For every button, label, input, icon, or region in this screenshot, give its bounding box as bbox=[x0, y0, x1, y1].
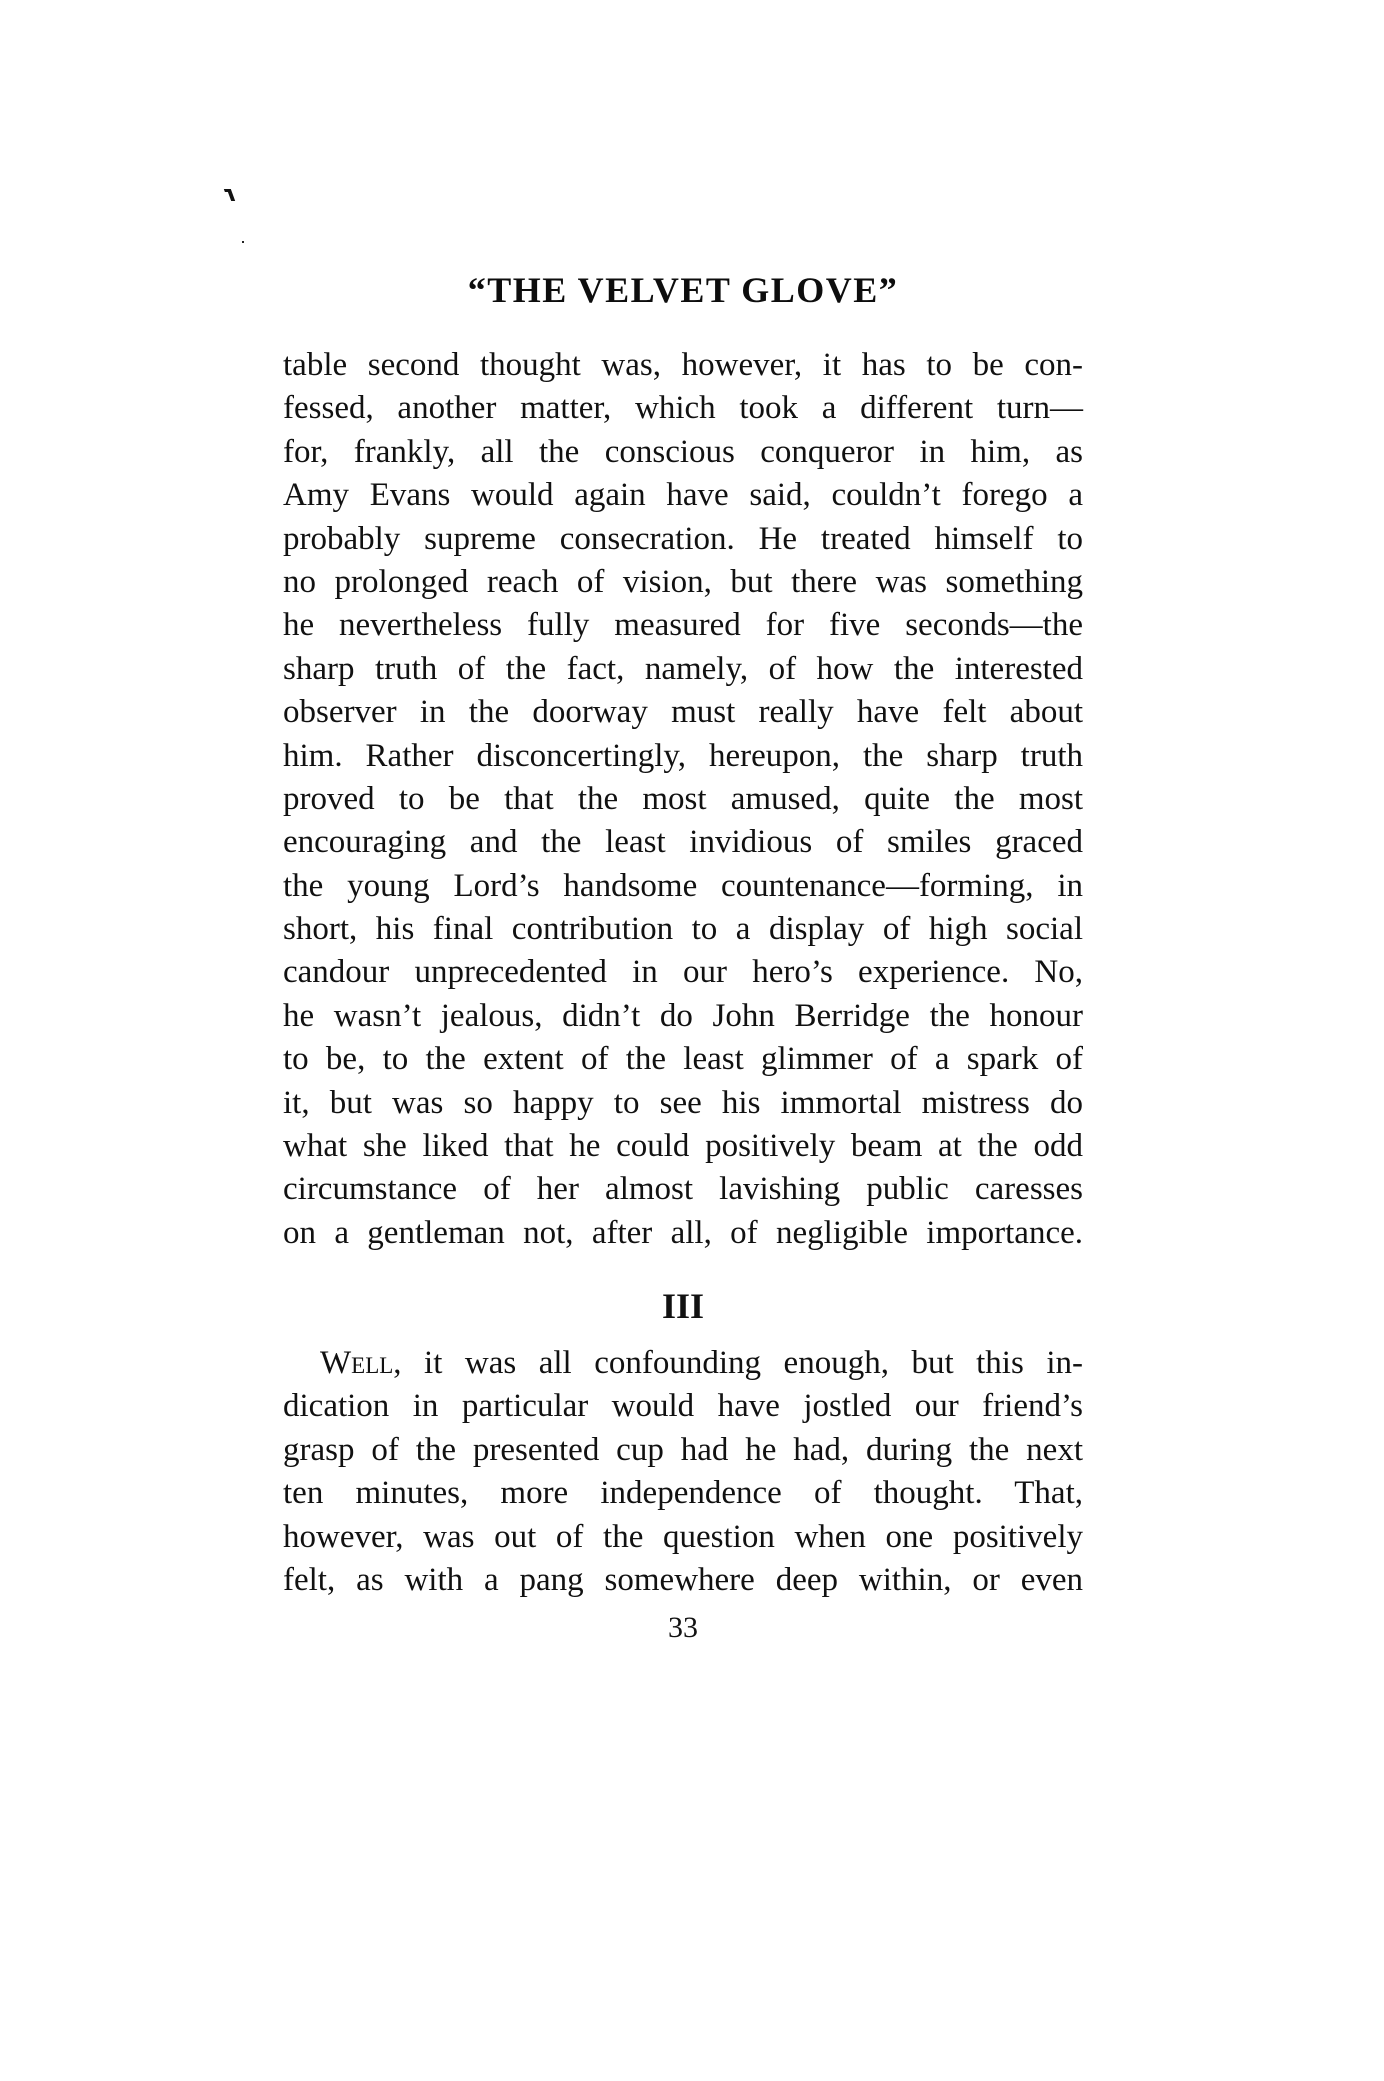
text-line: probably supreme consecration. He treate… bbox=[283, 518, 1083, 561]
first-line-text: , it was all confounding enough, but thi… bbox=[393, 1345, 1083, 1381]
text-line: observer in the doorway must really have… bbox=[283, 691, 1083, 734]
text-line: ten minutes, more independence of though… bbox=[283, 1472, 1083, 1515]
text-line: he nevertheless fully measured for five … bbox=[283, 604, 1083, 647]
section-number-heading: III bbox=[283, 1286, 1083, 1326]
page-number: 33 bbox=[283, 1610, 1083, 1646]
text-line: felt, as with a pang somewhere deep with… bbox=[283, 1559, 1083, 1602]
running-head-title: “THE VELVET GLOVE” bbox=[283, 268, 1083, 312]
section-1-paragraph: table second thought was, however, it ha… bbox=[283, 344, 1083, 1255]
text-line: to be, to the extent of the least glimme… bbox=[283, 1038, 1083, 1081]
text-line: table second thought was, however, it ha… bbox=[283, 344, 1083, 387]
text-line: it, but was so happy to see his immortal… bbox=[283, 1082, 1083, 1125]
text-line: encouraging and the least invidious of s… bbox=[283, 821, 1083, 864]
text-line: on a gentleman not, after all, of neglig… bbox=[283, 1212, 1083, 1255]
text-line: what she liked that he could positively … bbox=[283, 1125, 1083, 1168]
text-line: for, frankly, all the conscious conquero… bbox=[283, 431, 1083, 474]
text-line: fessed, another matter, which took a dif… bbox=[283, 387, 1083, 430]
text-line: short, his final contribution to a displ… bbox=[283, 908, 1083, 951]
text-line-first: Well, it was all confounding enough, but… bbox=[283, 1342, 1083, 1385]
text-line: grasp of the presented cup had he had, d… bbox=[283, 1429, 1083, 1472]
text-line: Amy Evans would again have said, couldn’… bbox=[283, 474, 1083, 517]
text-line: no prolonged reach of vision, but there … bbox=[283, 561, 1083, 604]
text-line: sharp truth of the fact, namely, of how … bbox=[283, 648, 1083, 691]
text-line: candour unprecedented in our hero’s expe… bbox=[283, 951, 1083, 994]
opening-word-smallcaps: Well bbox=[320, 1345, 393, 1381]
text-line: however, was out of the question when on… bbox=[283, 1516, 1083, 1559]
text-line: he wasn’t jealous, didn’t do John Berrid… bbox=[283, 995, 1083, 1038]
text-line: the young Lord’s handsome countenance—fo… bbox=[283, 865, 1083, 908]
section-3-paragraph: Well, it was all confounding enough, but… bbox=[283, 1342, 1083, 1602]
scan-artifact-dot bbox=[242, 241, 244, 243]
text-line: dication in particular would have jostle… bbox=[283, 1385, 1083, 1428]
text-line: circumstance of her almost lavishing pub… bbox=[283, 1168, 1083, 1211]
text-line: him. Rather disconcertingly, hereupon, t… bbox=[283, 735, 1083, 778]
text-line: proved to be that the most amused, quite… bbox=[283, 778, 1083, 821]
book-page: “THE VELVET GLOVE” table second thought … bbox=[0, 0, 1384, 2081]
scan-artifact-mark bbox=[227, 189, 235, 201]
